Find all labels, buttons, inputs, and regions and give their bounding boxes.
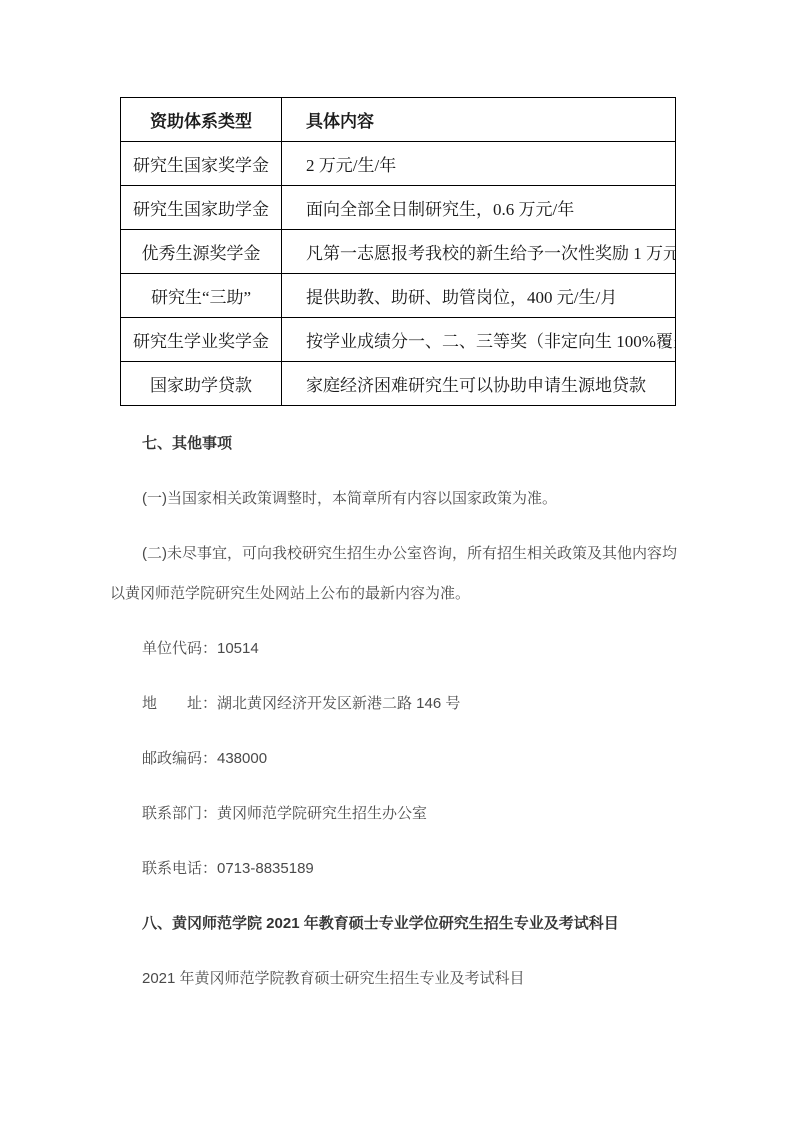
column-header-details: 具体内容	[282, 98, 676, 142]
funding-type-cell: 研究生“三助”	[121, 274, 282, 318]
policy-note-one: (一)当国家相关政策调整时，本简章所有内容以国家政策为准。	[110, 479, 683, 519]
table-row: 优秀生源奖学金 凡第一志愿报考我校的新生给予一次性奖励 1 万元	[121, 230, 676, 274]
funding-type-cell: 研究生学业奖学金	[121, 318, 282, 362]
funding-table: 资助体系类型 具体内容 研究生国家奖学金 2 万元/生/年 研究生国家助学金 面…	[120, 97, 676, 406]
address-line: 地 址：湖北黄冈经济开发区新港二路 146 号	[110, 684, 683, 724]
policy-note-two: (二)未尽事宜，可向我校研究生招生办公室咨询，所有招生相关政策及其他内容均以黄冈…	[110, 534, 683, 614]
funding-type-cell: 国家助学贷款	[121, 362, 282, 406]
section-heading-exam-subjects: 八、黄冈师范学院 2021 年教育硕士专业学位研究生招生专业及考试科目	[110, 904, 683, 944]
table-row: 研究生国家奖学金 2 万元/生/年	[121, 142, 676, 186]
funding-content-cell: 面向全部全日制研究生，0.6 万元/年	[282, 186, 676, 230]
funding-content-cell: 按学业成绩分一、二、三等奖（非定向生 100%覆盖）	[282, 318, 676, 362]
postal-code-line: 邮政编码：438000	[110, 739, 683, 779]
contact-department-line: 联系部门：黄冈师范学院研究生招生办公室	[110, 794, 683, 834]
exam-subjects-caption: 2021 年黄冈师范学院教育硕士研究生招生专业及考试科目	[110, 959, 683, 999]
document-page: 资助体系类型 具体内容 研究生国家奖学金 2 万元/生/年 研究生国家助学金 面…	[0, 0, 793, 1122]
funding-content-cell: 家庭经济困难研究生可以协助申请生源地贷款	[282, 362, 676, 406]
table-row: 研究生“三助” 提供助教、助研、助管岗位，400 元/生/月	[121, 274, 676, 318]
funding-content-cell: 凡第一志愿报考我校的新生给予一次性奖励 1 万元	[282, 230, 676, 274]
section-heading-other-matters: 七、其他事项	[110, 424, 683, 464]
column-header-funding-type: 资助体系类型	[121, 98, 282, 142]
table-row: 研究生学业奖学金 按学业成绩分一、二、三等奖（非定向生 100%覆盖）	[121, 318, 676, 362]
funding-content-cell: 提供助教、助研、助管岗位，400 元/生/月	[282, 274, 676, 318]
funding-content-cell: 2 万元/生/年	[282, 142, 676, 186]
funding-type-cell: 优秀生源奖学金	[121, 230, 282, 274]
funding-type-cell: 研究生国家助学金	[121, 186, 282, 230]
document-body: 七、其他事项 (一)当国家相关政策调整时，本简章所有内容以国家政策为准。 (二)…	[110, 424, 683, 1014]
table-row: 研究生国家助学金 面向全部全日制研究生，0.6 万元/年	[121, 186, 676, 230]
table-header-row: 资助体系类型 具体内容	[121, 98, 676, 142]
unit-code-line: 单位代码：10514	[110, 629, 683, 669]
table-row: 国家助学贷款 家庭经济困难研究生可以协助申请生源地贷款	[121, 362, 676, 406]
funding-type-cell: 研究生国家奖学金	[121, 142, 282, 186]
contact-phone-line: 联系电话：0713-8835189	[110, 849, 683, 889]
